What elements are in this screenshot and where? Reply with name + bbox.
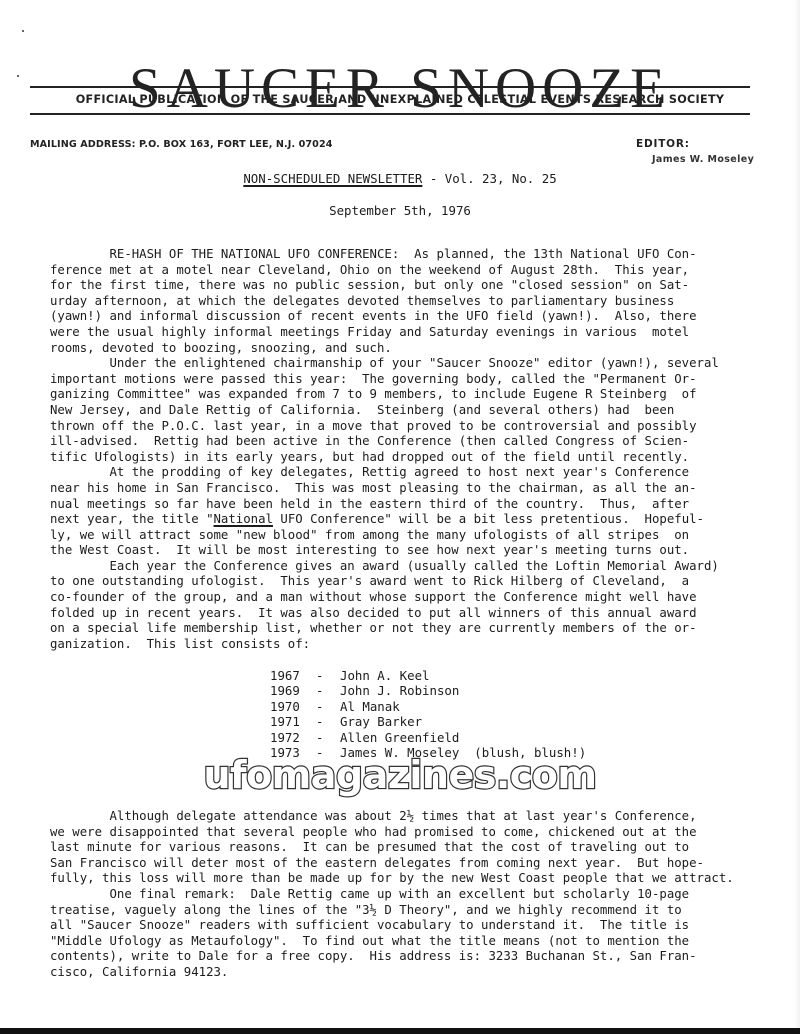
editor-label: EDITOR: (636, 138, 690, 150)
award-winners-list: 1967-John A. Keel1969-John J. Robinson19… (270, 668, 586, 760)
winner-row: 1967-John A. Keel (270, 668, 586, 683)
article-line: folded up in recent years. It was also d… (50, 606, 790, 622)
article-line: nual meetings so far have been held in t… (50, 497, 790, 513)
article-line: rooms, devoted to boozing, snoozing, and… (50, 341, 790, 357)
masthead-rule-bottom (30, 113, 750, 115)
article-line: to one outstanding ufologist. This year'… (50, 574, 790, 590)
article-line: all "Saucer Snooze" readers with suffici… (50, 918, 790, 934)
winner-name: Gray Barker (340, 714, 422, 729)
article-line: ference met at a motel near Cleveland, O… (50, 263, 790, 279)
article-line: were the usual highly informal meetings … (50, 325, 790, 341)
newsletter-type: NON-SCHEDULED NEWSLETTER (243, 171, 422, 186)
winner-name: John A. Keel (340, 668, 430, 683)
article-line: urday afternoon, at which the delegates … (50, 294, 790, 310)
article-line: "Middle Ufology as Metaufology". To find… (50, 934, 790, 950)
article-line: New Jersey, and Dale Rettig of Californi… (50, 403, 790, 419)
issue-date: September 5th, 1976 (0, 203, 800, 218)
winner-row: 1969-John J. Robinson (270, 683, 586, 698)
article-body-part2: Although delegate attendance was about 2… (50, 809, 790, 981)
article-line: ly, we will attract some "new blood" fro… (50, 528, 790, 544)
page-edge-right (794, 0, 800, 1034)
article-line: One final remark: Dale Rettig came up wi… (50, 887, 790, 903)
article-line: near his home in San Francisco. This was… (50, 481, 790, 497)
article-line: cisco, California 94123. (50, 965, 790, 981)
winner-name: Al Manak (340, 699, 400, 714)
winner-name: Allen Greenfield (340, 730, 459, 745)
masthead-rule-top (30, 86, 750, 88)
winner-year: 1967 (270, 668, 316, 683)
article-line: treatise, vaguely along the lines of the… (50, 903, 790, 919)
article-line: co-founder of the group, and a man witho… (50, 590, 790, 606)
article-line: contents), write to Dale for a free copy… (50, 949, 790, 965)
article-body-part1: RE-HASH OF THE NATIONAL UFO CONFERENCE: … (50, 247, 790, 652)
underlined-word: National (214, 512, 273, 526)
volume-number: - Vol. 23, No. 25 (422, 171, 556, 186)
winner-dash: - (316, 730, 340, 745)
winner-name: John J. Robinson (340, 683, 459, 698)
article-line: Although delegate attendance was about 2… (50, 809, 790, 825)
winner-year: 1969 (270, 683, 316, 698)
article-line: last minute for various reasons. It can … (50, 840, 790, 856)
article-line: ill-advised. Rettig had been active in t… (50, 434, 790, 450)
winner-dash: - (316, 699, 340, 714)
article-line: next year, the title "National UFO Confe… (50, 512, 790, 528)
article-line: the West Coast. It will be most interest… (50, 543, 790, 559)
watermark: ufomagazines.com (0, 753, 800, 797)
article-line: Each year the Conference gives an award … (50, 559, 790, 575)
article-line: important motions were passed this year:… (50, 372, 790, 388)
scan-speck (22, 30, 24, 32)
editor-name: James W. Moseley (652, 154, 754, 165)
winner-row: 1970-Al Manak (270, 699, 586, 714)
masthead-title: SAUCER SNOOZE (0, 60, 800, 117)
article-line: San Francisco will deter most of the eas… (50, 856, 790, 872)
winner-row: 1972-Allen Greenfield (270, 730, 586, 745)
winner-row: 1971-Gray Barker (270, 714, 586, 729)
winner-year: 1972 (270, 730, 316, 745)
winner-year: 1970 (270, 699, 316, 714)
article-line: for the first time, there was no public … (50, 278, 790, 294)
masthead-subtitle: OFFICIAL PUBLICATION OF THE SAUCER AND U… (0, 93, 800, 106)
article-line: on a special life membership list, wheth… (50, 621, 790, 637)
article-line: fully, this loss will more than be made … (50, 871, 790, 887)
article-line: thrown off the P.O.C. last year, in a mo… (50, 419, 790, 435)
article-line: (yawn!) and informal discussion of recen… (50, 309, 790, 325)
winner-year: 1971 (270, 714, 316, 729)
article-line: Under the enlightened chairmanship of yo… (50, 356, 790, 372)
article-line: ganizing Committee" was expanded from 7 … (50, 387, 790, 403)
article-line: ganization. This list consists of: (50, 637, 790, 653)
article-line: we were disappointed that several people… (50, 825, 790, 841)
winner-dash: - (316, 668, 340, 683)
mailing-address: MAILING ADDRESS: P.O. BOX 163, FORT LEE,… (30, 139, 333, 150)
article-line: At the prodding of key delegates, Rettig… (50, 465, 790, 481)
winner-dash: - (316, 714, 340, 729)
issue-line: NON-SCHEDULED NEWSLETTER - Vol. 23, No. … (0, 171, 800, 186)
winner-dash: - (316, 683, 340, 698)
article-line: tific Ufologists) in its early years, bu… (50, 450, 790, 466)
article-line: RE-HASH OF THE NATIONAL UFO CONFERENCE: … (50, 247, 790, 263)
page-edge-bottom (0, 1028, 800, 1034)
